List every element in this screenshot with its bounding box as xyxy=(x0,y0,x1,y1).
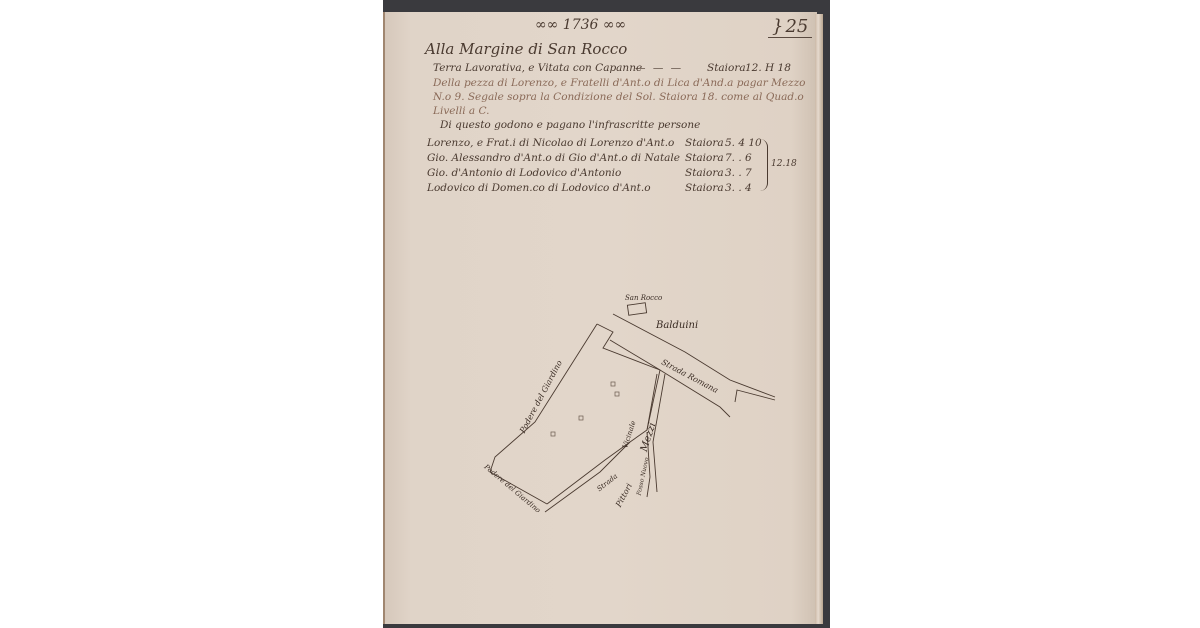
manuscript-page: ∞∞ 1736 ∞∞ 25 Alla Margine di San Rocco … xyxy=(383,12,817,624)
page-number: 25 xyxy=(768,16,812,38)
owner-name: Lodovico di Domen.co di Lodovico d'Ant.o xyxy=(427,182,651,194)
page-edge xyxy=(815,14,823,624)
flourish-right-icon: ∞∞ xyxy=(598,17,626,33)
flourish-left-icon: ∞∞ xyxy=(535,17,563,33)
owner-name: Gio. d'Antonio di Lodovico d'Antonio xyxy=(427,167,621,179)
owner-value: 3. . 7 xyxy=(725,167,752,179)
map-label-san-rocco: San Rocco xyxy=(625,294,662,302)
entry-value: 12. H 18 xyxy=(745,62,791,74)
owners-brace xyxy=(759,139,768,191)
owner-value: 7. . 6 xyxy=(725,152,752,164)
entry-heading: Alla Margine di San Rocco xyxy=(425,40,627,58)
entry-line: Di questo godono e pagano l'infrascritte… xyxy=(440,119,700,131)
owner-unit: Staiora xyxy=(685,152,724,164)
entry-dashes: — — — xyxy=(635,62,683,74)
owner-unit: Staiora xyxy=(685,182,724,194)
map-label-balduini: Balduini xyxy=(656,320,698,331)
entry-line: Della pezza di Lorenzo, e Fratelli d'Ant… xyxy=(433,77,805,89)
owner-unit: Staiora xyxy=(685,167,724,179)
year-heading: ∞∞ 1736 ∞∞ xyxy=(535,17,626,33)
entry-line: Livelli a C. xyxy=(433,105,489,117)
owner-name: Gio. Alessandro d'Ant.o di Gio d'Ant.o d… xyxy=(427,152,680,164)
owner-unit: Staiora xyxy=(685,137,724,149)
scanned-manuscript: ∞∞ 1736 ∞∞ 25 Alla Margine di San Rocco … xyxy=(383,0,830,628)
owner-value: 3. . 4 xyxy=(725,182,752,194)
owner-value: 5. 4 10 xyxy=(725,137,762,149)
entry-line: N.o 9. Segale sopra la Condizione del So… xyxy=(433,91,804,103)
owner-name: Lorenzo, e Frat.i di Nicolao di Lorenzo … xyxy=(427,137,674,149)
entry-line: Terra Lavorativa, e Vitata con Capanne xyxy=(433,62,642,74)
entry-unit: Staiora xyxy=(707,62,746,74)
owners-total: 12.18 xyxy=(771,159,797,169)
